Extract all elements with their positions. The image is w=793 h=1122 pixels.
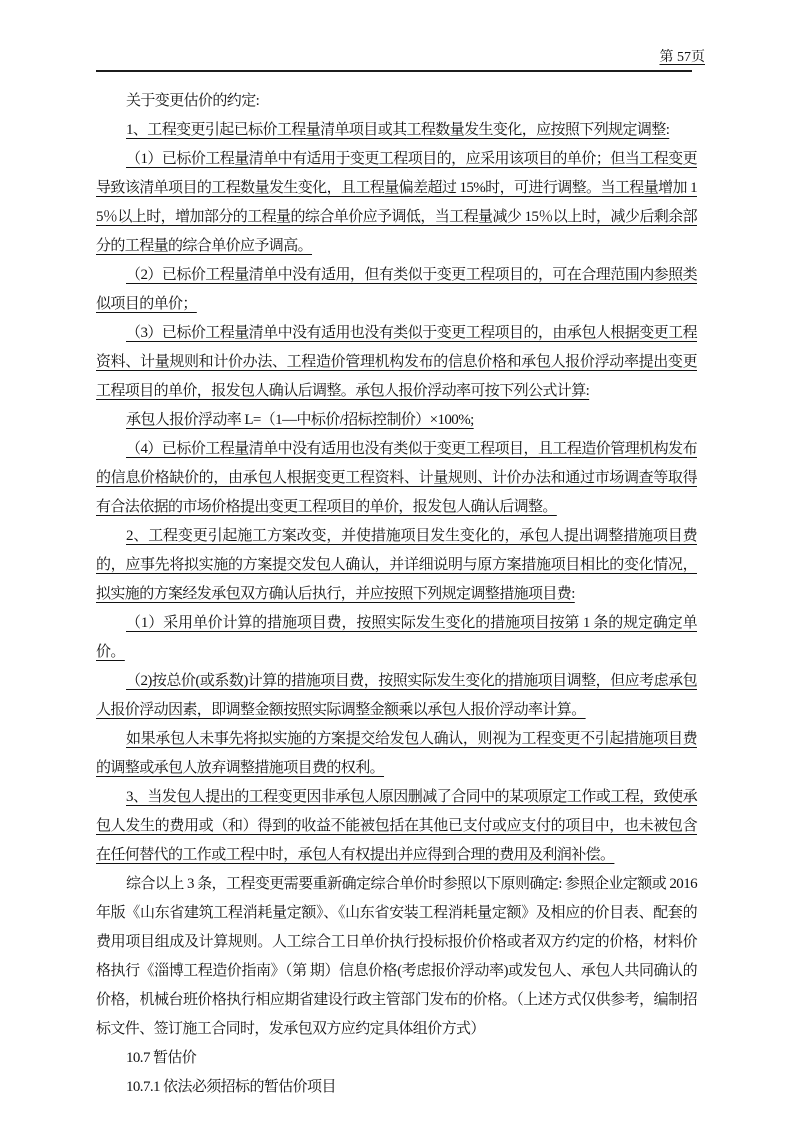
section-heading-10-7-1: 10.7.1 依法必须招标的暂估价项目 [96, 1073, 697, 1102]
clause-1-heading: 1、工程变更引起已标价工程量清单项目或其工程数量发生变化，应按照下列规定调整: [96, 116, 697, 145]
clause-2-note: 如果承包人未事先将拟实施的方案提交给发包人确认，则视为工程变更不引起措施项目费的… [96, 725, 697, 783]
clause-1-item-1: （1）已标价工程量清单中有适用于变更工程项目的，应采用该项目的单价；但当工程变更… [96, 145, 697, 261]
clause-1-item-2: （2）已标价工程量清单中没有适用，但有类似于变更工程项目的，可在合理范围内参照类… [96, 261, 697, 319]
section-heading-10-7: 10.7 暂估价 [96, 1044, 697, 1073]
clause-2-heading: 2、工程变更引起施工方案改变，并使措施项目发生变化的，承包人提出调整措施项目费的… [96, 522, 697, 609]
document-body: 关于变更估价的约定: 1、工程变更引起已标价工程量清单项目或其工程数量发生变化，… [96, 87, 697, 1102]
clause-1-item-4: （4）已标价工程量清单中没有适用也没有类似于变更工程项目，且工程造价管理机构发布… [96, 435, 697, 522]
clause-3: 3、当发包人提出的工程变更因非承包人原因删减了合同中的某项原定工作或工程，致使承… [96, 783, 697, 870]
clause-2-item-2: （2)按总价(或系数)计算的措施项目费，按照实际发生变化的措施项目调整，但应考虑… [96, 667, 697, 725]
clause-2-item-1: （1）采用单价计算的措施项目费，按照实际发生变化的措施项目按第 1 条的规定确定… [96, 609, 697, 667]
intro-line: 关于变更估价的约定: [96, 87, 697, 116]
document-page: 第 57页 关于变更估价的约定: 1、工程变更引起已标价工程量清单项目或其工程数… [0, 0, 793, 1122]
bid-float-rate-formula: 承包人报价浮动率 L=（1—中标价/招标控制价）×100%; [96, 406, 697, 435]
page-header: 第 57页 [96, 0, 705, 67]
clause-1-item-3: （3）已标价工程量清单中没有适用也没有类似于变更工程项目的，由承包人根据变更工程… [96, 319, 697, 406]
summary-paragraph: 综合以上 3 条，工程变更需要重新确定综合单价时参照以下原则确定: 参照企业定额… [96, 870, 697, 1044]
page-number: 第 57页 [660, 50, 706, 65]
header-rule [96, 70, 692, 72]
